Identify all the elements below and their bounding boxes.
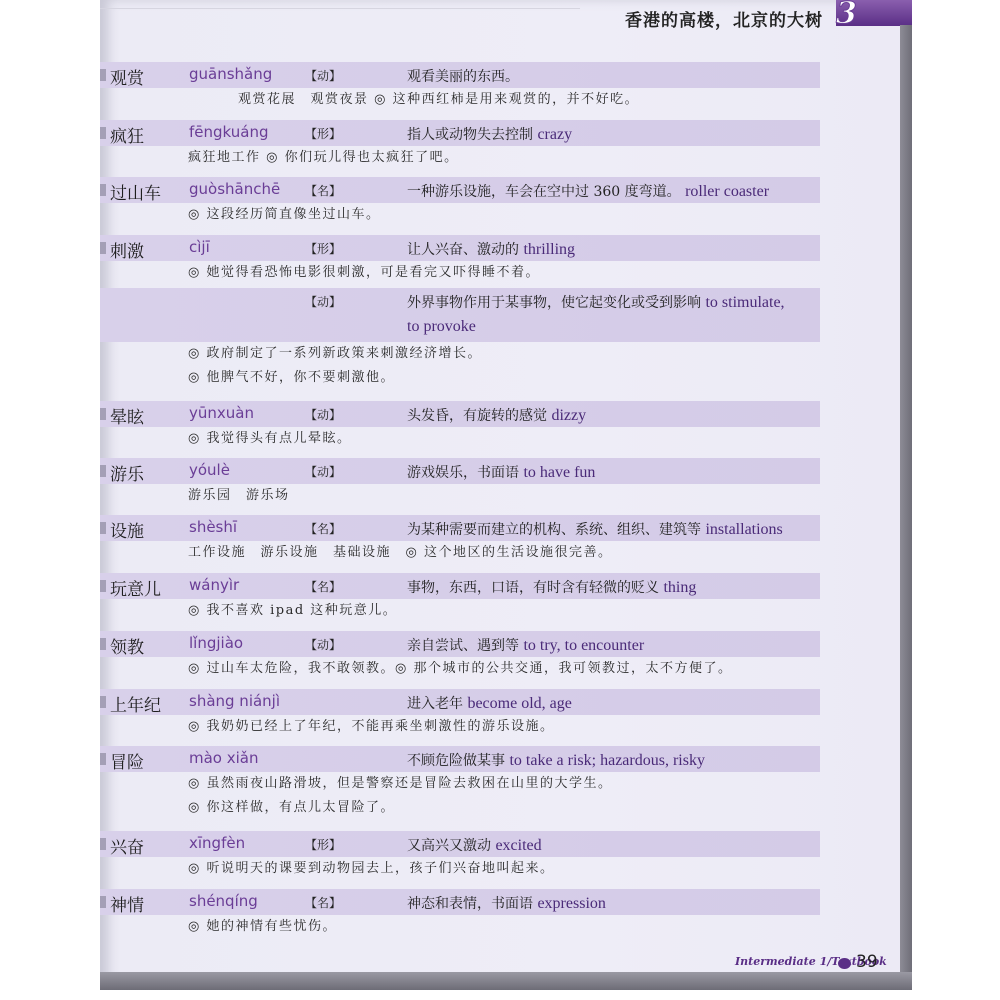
page-edge-right [900,25,912,990]
definition-zh: 观看美丽的东西。 [407,69,519,85]
entry-header-band: 刺激cìjī【形】让人兴奋、激动的 thrilling [100,235,820,261]
headword: 领教 [110,633,144,658]
part-of-speech: 【形】 [305,125,341,142]
definition: 指人或动物失去控制 crazy [407,124,572,144]
vocab-entry: 【动】外界事物作用于某事物，使它起变化或受到影响 to stimulate,to… [100,288,820,390]
entry-number-marker [100,896,106,908]
definition: 不顾危险做某事 to take a risk; hazardous, risky [407,750,705,770]
example-sentence: ◎ 这段经历简直像坐过山车。 [100,203,820,227]
definition-zh: 不顾危险做某事 [407,753,509,769]
pinyin: shénqíng [189,892,258,910]
definition-en: to have fun [523,464,595,481]
part-of-speech: 【名】 [305,520,341,537]
chapter-title: 香港的高楼，北京的大树 [625,6,823,31]
definition: 事物，东西，口语，有时含有轻微的贬义 thing [407,577,696,597]
header-rule [100,8,580,9]
definition-zh: 头发昏，有旋转的感觉 [407,408,551,424]
part-of-speech: 【形】 [305,240,341,257]
definition: 亲自尝试、遇到等 to try, to encounter [407,635,644,655]
pinyin: xīngfèn [189,834,245,852]
part-of-speech: 【名】 [305,894,341,911]
definition: 神态和表情，书面语 expression [407,893,606,913]
entry-header-band: 神情shénqíng【名】神态和表情，书面语 expression [100,889,820,915]
part-of-speech: 【名】 [305,182,341,199]
entry-header-band: 冒险mào xiǎn不顾危险做某事 to take a risk; hazard… [100,746,820,772]
entry-number-marker [100,127,106,139]
entry-number-marker [100,638,106,650]
vocab-entry: 神情shénqíng【名】神态和表情，书面语 expression◎ 她的神情有… [100,889,820,939]
definition-zh: 为某种需要而建立的机构、系统、组织、建筑等 [407,522,705,538]
example-sentence: ◎ 虽然雨夜山路滑坡，但是警察还是冒险去救困在山里的大学生。 [100,772,820,796]
definition-zh: 事物，东西，口语，有时含有轻微的贬义 [407,580,663,596]
headword: 游乐 [110,460,144,485]
entry-number-marker [100,408,106,420]
pinyin: shàng niánjì [189,692,280,710]
entry-header-band: 设施shèshī【名】为某种需要而建立的机构、系统、组织、建筑等 install… [100,515,820,541]
entry-header-band: 【动】外界事物作用于某事物，使它起变化或受到影响 to stimulate,to… [100,288,820,342]
pinyin: wányìr [189,576,239,594]
entry-number-marker [100,753,106,765]
example-sentence: ◎ 我觉得头有点儿晕眩。 [100,427,820,451]
definition: 游戏娱乐，书面语 to have fun [407,462,595,482]
definition-en: installations [705,521,782,538]
entry-number-marker [100,838,106,850]
example-sentence: ◎ 听说明天的课要到动物园去上，孩子们兴奋地叫起来。 [100,857,820,881]
example-sentence: ◎ 政府制定了一系列新政策来刺激经济增长。 [100,342,820,366]
part-of-speech: 【名】 [305,578,341,595]
definition-en: thing [663,579,696,596]
pinyin: mào xiǎn [189,749,259,767]
headword: 刺激 [110,237,144,262]
entry-header-band: 观赏guānshǎng【动】观看美丽的东西。 [100,62,820,88]
definition: 又高兴又激动 excited [407,835,542,855]
page-dot-icon [838,958,851,969]
definition: 头发昏，有旋转的感觉 dizzy [407,405,586,425]
example-sentence: 观赏花展 观赏夜景 ◎ 这种西红柿是用来观赏的，并不好吃。 [100,88,820,112]
definition-en: dizzy [551,407,586,424]
definition-en: expression [537,895,605,912]
vocab-entry: 兴奋xīngfèn【形】又高兴又激动 excited◎ 听说明天的课要到动物园去… [100,831,820,881]
pinyin: guòshānchē [189,180,280,198]
example-sentence: ◎ 我不喜欢 ipad 这种玩意儿。 [100,599,820,623]
vocab-entry: 玩意儿wányìr【名】事物，东西，口语，有时含有轻微的贬义 thing◎ 我不… [100,573,820,623]
example-sentence: ◎ 她觉得看恐怖电影很刺激，可是看完又吓得睡不着。 [100,261,820,285]
vocab-entry: 观赏guānshǎng【动】观看美丽的东西。观赏花展 观赏夜景 ◎ 这种西红柿是… [100,62,820,112]
vocab-entry: 疯狂fēngkuáng【形】指人或动物失去控制 crazy疯狂地工作 ◎ 你们玩… [100,120,820,170]
definition: 观看美丽的东西。 [407,66,519,86]
part-of-speech: 【动】 [305,293,341,310]
vocab-entry: 设施shèshī【名】为某种需要而建立的机构、系统、组织、建筑等 install… [100,515,820,565]
part-of-speech: 【形】 [305,836,341,853]
vocab-entry: 过山车guòshānchē【名】一种游乐设施，车会在空中过 360 度弯道。 r… [100,177,820,227]
definition-zh: 又高兴又激动 [407,838,495,854]
pinyin: fēngkuáng [189,123,269,141]
definition: 为某种需要而建立的机构、系统、组织、建筑等 installations [407,519,783,539]
chapter-number: 3 [836,0,857,31]
headword: 观赏 [110,64,144,89]
part-of-speech: 【动】 [305,636,341,653]
example-sentence: 工作设施 游乐设施 基础设施 ◎ 这个地区的生活设施很完善。 [100,541,820,565]
definition-zh: 神态和表情，书面语 [407,896,537,912]
entry-header-band: 过山车guòshānchē【名】一种游乐设施，车会在空中过 360 度弯道。 r… [100,177,820,203]
entry-header-band: 游乐yóulè【动】游戏娱乐，书面语 to have fun [100,458,820,484]
definition: 外界事物作用于某事物，使它起变化或受到影响 to stimulate, [407,292,785,312]
example-sentence: ◎ 他脾气不好，你不要刺激他。 [100,366,820,390]
definition-en: crazy [537,126,572,143]
definition-zh: 游戏娱乐，书面语 [407,465,523,481]
example-sentence: ◎ 她的神情有些忧伤。 [100,915,820,939]
pinyin: yūnxuàn [189,404,254,422]
part-of-speech: 【动】 [305,67,341,84]
entry-header-band: 领教lǐngjiào【动】亲自尝试、遇到等 to try, to encount… [100,631,820,657]
page-number: 39 [856,952,878,972]
entry-number-marker [100,580,106,592]
definition-en: thrilling [523,241,575,258]
example-sentence: 游乐园 游乐场 [100,484,820,508]
example-sentence: ◎ 我奶奶已经上了年纪，不能再乘坐刺激性的游乐设施。 [100,715,820,739]
pinyin: cìjī [189,238,210,256]
definition-en-continued: to provoke [407,318,476,336]
entry-number-marker [100,522,106,534]
definition: 一种游乐设施，车会在空中过 360 度弯道。 roller coaster [407,181,769,201]
headword: 冒险 [110,748,144,773]
entry-header-band: 晕眩yūnxuàn【动】头发昏，有旋转的感觉 dizzy [100,401,820,427]
example-sentence: ◎ 你这样做，有点儿太冒险了。 [100,796,820,820]
pinyin: shèshī [189,518,237,536]
entry-number-marker [100,242,106,254]
pinyin: yóulè [189,461,230,479]
example-sentence: 疯狂地工作 ◎ 你们玩儿得也太疯狂了吧。 [100,146,820,170]
definition-en: become old, age [467,695,571,712]
entry-number-marker [100,184,106,196]
headword: 神情 [110,891,144,916]
definition: 进入老年 become old, age [407,693,572,713]
headword: 疯狂 [110,122,144,147]
vocab-entry: 刺激cìjī【形】让人兴奋、激动的 thrilling◎ 她觉得看恐怖电影很刺激… [100,235,820,285]
headword: 晕眩 [110,403,144,428]
example-sentence: ◎ 过山车太危险，我不敢领教。◎ 那个城市的公共交通，我可领教过，太不方便了。 [100,657,820,681]
headword: 兴奋 [110,833,144,858]
vocab-entry: 晕眩yūnxuàn【动】头发昏，有旋转的感觉 dizzy◎ 我觉得头有点儿晕眩。 [100,401,820,451]
entry-header-band: 疯狂fēngkuáng【形】指人或动物失去控制 crazy [100,120,820,146]
part-of-speech: 【动】 [305,406,341,423]
definition-zh: 一种游乐设施，车会在空中过 360 度弯道。 [407,184,685,200]
definition-en: roller coaster [685,183,769,200]
vocab-entry: 领教lǐngjiào【动】亲自尝试、遇到等 to try, to encount… [100,631,820,681]
definition-zh: 进入老年 [407,696,467,712]
headword: 上年纪 [110,691,161,716]
entry-header-band: 上年纪shàng niánjì进入老年 become old, age [100,689,820,715]
entry-number-marker [100,465,106,477]
vocab-entry: 冒险mào xiǎn不顾危险做某事 to take a risk; hazard… [100,746,820,820]
definition-zh: 指人或动物失去控制 [407,127,537,143]
headword: 设施 [110,517,144,542]
definition-zh: 亲自尝试、遇到等 [407,638,523,654]
pinyin: lǐngjiào [189,634,243,652]
headword: 过山车 [110,179,161,204]
vocab-entry: 上年纪shàng niánjì进入老年 become old, age◎ 我奶奶… [100,689,820,739]
definition-en: excited [495,837,541,854]
definition-en: to stimulate, [705,294,784,311]
definition-zh: 外界事物作用于某事物，使它起变化或受到影响 [407,295,705,311]
definition-en: to try, to encounter [523,637,644,654]
entry-header-band: 玩意儿wányìr【名】事物，东西，口语，有时含有轻微的贬义 thing [100,573,820,599]
part-of-speech: 【动】 [305,463,341,480]
definition-en: to take a risk; hazardous, risky [509,752,705,769]
entry-number-marker [100,69,106,81]
entry-header-band: 兴奋xīngfèn【形】又高兴又激动 excited [100,831,820,857]
definition: 让人兴奋、激动的 thrilling [407,239,575,259]
definition-zh: 让人兴奋、激动的 [407,242,523,258]
page-edge-bottom [100,972,912,990]
pinyin: guānshǎng [189,65,272,83]
headword: 玩意儿 [110,575,161,600]
entry-number-marker [100,696,106,708]
vocab-entry: 游乐yóulè【动】游戏娱乐，书面语 to have fun游乐园 游乐场 [100,458,820,508]
